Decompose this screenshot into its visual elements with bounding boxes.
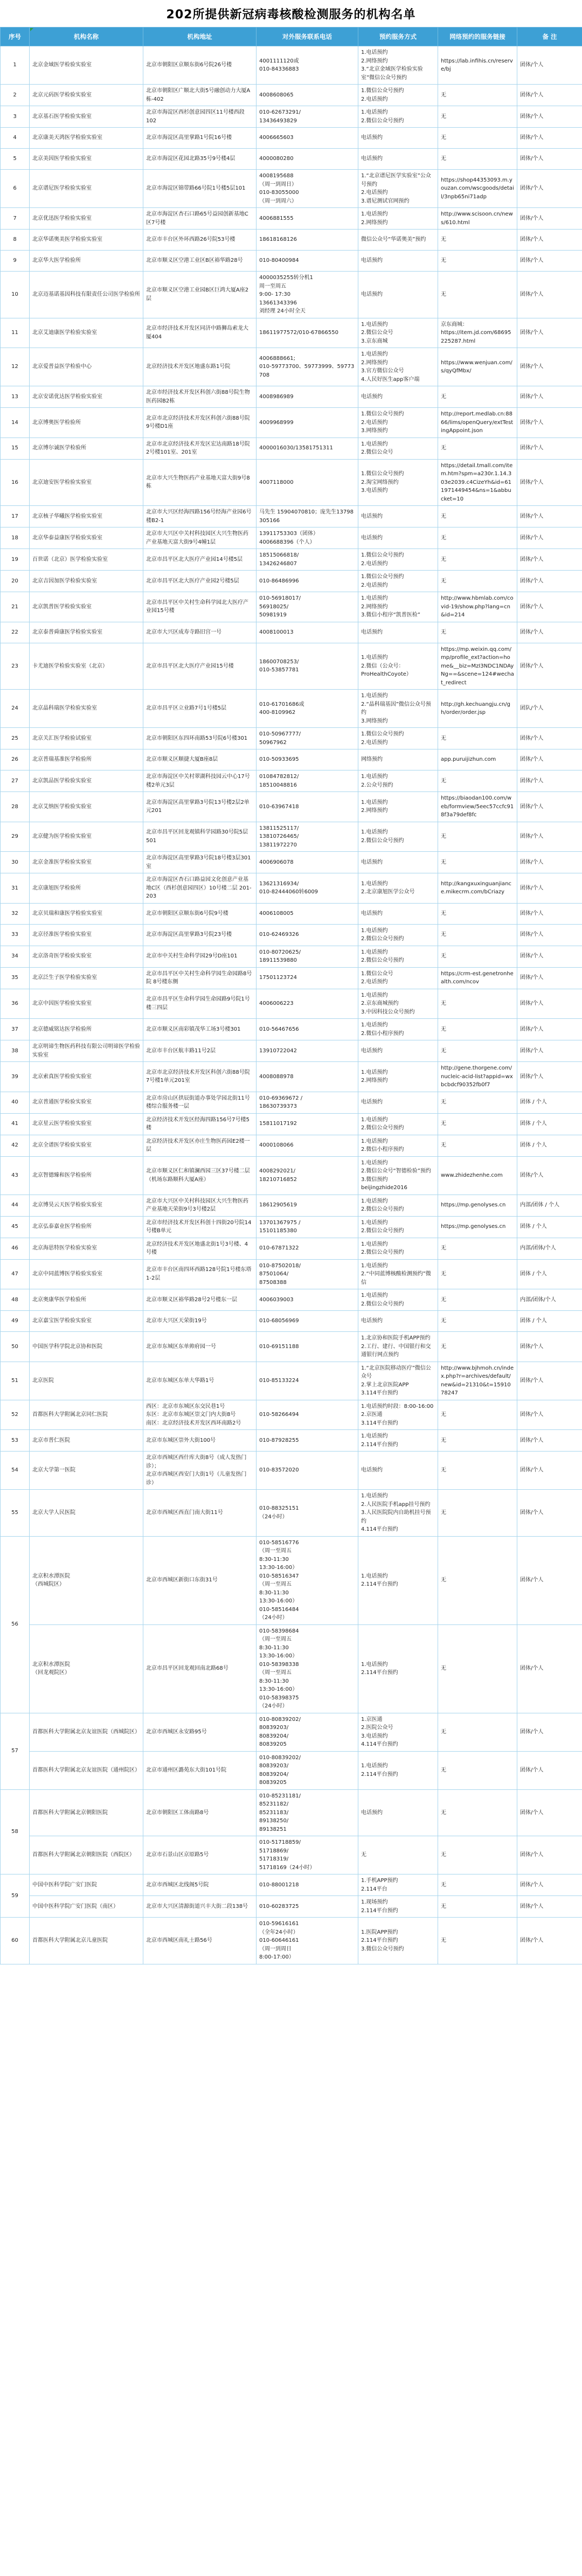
cell-no: 49 [1,1311,30,1332]
cell-link: 无 [438,822,517,852]
table-row: 中国中医科学院广安门医院（南区）北京市大兴区清源街道兴丰大街二段138号010-… [1,1896,582,1918]
cell-link: 无 [438,149,517,170]
cell-no: 38 [1,1040,30,1062]
cell-phone: 4009968999 [257,408,358,438]
cell-no: 44 [1,1195,30,1216]
table-row: 43北京智德臻和医学检验所北京市顺义区仁和镇澜西园三区37号楼二层（机场东路顺科… [1,1156,582,1195]
cell-phone: 13911753303（团体） 4006688396（个人） [257,527,358,549]
cell-name: 北京迈基诺基因科技有限责任公司医学检验所 [30,272,143,318]
cell-note: 内部/团体/个人 [517,1289,582,1311]
table-row: 42北京全谱医学检验实验室北京经济技术开发区亦庄生物医药园E2楼一层400010… [1,1135,582,1156]
cell-addr: 北京市顺义区空港工业区B区裕华路28号 [143,251,257,272]
cell-phone: 010-86486996 [257,571,358,592]
cell-no: 53 [1,1430,30,1452]
cell-no: 22 [1,622,30,643]
cell-note: 团体/个人 [517,924,582,946]
cell-note: 团体/个人 [517,1536,582,1624]
table-body: 1北京金域医学检验实验室北京市朝阳区京顺东街6号院26号楼4001111120或… [1,46,582,1964]
cell-addr: 北京市西城区西直门南大街11号 [143,1490,257,1537]
cell-name: 北京海思特医学检验实验室 [30,1238,143,1259]
cell-addr: 北京市海淀区高里掌路3号院13号楼2层2单元201 [143,792,257,822]
cell-link: 无 [438,230,517,251]
table-row: 28北京艾纳医学检验实验室北京市海淀区高里掌路3号院13号楼2层2单元20101… [1,792,582,822]
cell-phone: 010-67871322 [257,1238,358,1259]
cell-note: 团体/个人 [517,903,582,924]
cell-note: 团体/个人 [517,1789,582,1836]
cell-book: 1.医院APP预约 2.114平台预约 3.微信公众号预约 [358,1918,438,1964]
cell-note: 团体/个人 [517,967,582,989]
cell-addr: 北京市西城区永安路95号 [143,1713,257,1751]
cell-no: 13 [1,386,30,408]
cell-no: 17 [1,506,30,527]
cell-name: 北京金准医学检验实验室 [30,852,143,873]
cell-name: 首都医科大学附属北京朝阳医院（西院区） [30,1836,143,1874]
cell-book: 电话预约 [358,272,438,318]
cell-name: 北京中同蓝博医学检验实验室 [30,1259,143,1289]
table-row: 41北京星云医学检验实验室北京经济技术开发区经海四路156号7号楼5楼15811… [1,1113,582,1135]
cell-link: 无 [438,946,517,967]
cell-link: 无 [438,1135,517,1156]
cell-link: 京东商城： https://item.jd.com/68695225287.ht… [438,318,517,348]
cell-phone: 4008088978 [257,1062,358,1092]
table-row: 48北京奥康华医学检验所北京市顺义区裕华路28号2号楼东一层4006039003… [1,1289,582,1311]
cell-link: 无 [438,571,517,592]
cell-no: 10 [1,272,30,318]
cell-book: 1.北京协和医院手机APP预约 2.工行、建行、中国银行和交通银行网点预约 [358,1332,438,1362]
cell-no: 3 [1,106,30,128]
table-row: 30北京金准医学检验实验室北京市海淀区高里掌路3号院18号楼3层301室4006… [1,852,582,873]
cell-phone: 13701367975 / 15101185380 [257,1216,358,1238]
cell-name: 北京康旭医学检验所 [30,873,143,904]
cell-note: 团体/个人 [517,506,582,527]
cell-name: 北京优迅医学检验实验室 [30,208,143,230]
cell-phone: 010-58398684 （周一至周五 8:30-11:30 13:30-16:… [257,1624,358,1713]
cell-book: 1.电话预约 2.114平台预约 [358,1624,438,1713]
table-row: 24北京晶科瑞医学检验实验室北京市昌平区立业路7号1号楼5层010-617016… [1,690,582,728]
table-row: 57首都医科大学附属北京友谊医院（西城院区）北京市西城区永安路95号010-80… [1,1713,582,1751]
cell-note: 团体/个人 [517,438,582,459]
cell-book: 无 [358,1836,438,1874]
cell-link: 无 [438,128,517,149]
cell-no: 23 [1,643,30,690]
cell-book: 1.电话预约 2.微信公众号预约 [358,1216,438,1238]
cell-note: 团体/个人 [517,1362,582,1400]
cell-book: 电话预约 [358,852,438,873]
cell-note: 团体 / 个人 [517,1092,582,1113]
cell-addr: 北京市顺义区仁和镇澜西园三区37号楼二层（机场东路顺科大厦A座） [143,1156,257,1195]
cell-link: 无 [438,1624,517,1713]
cell-book: 电话预约 [358,251,438,272]
cell-addr: 北京市北京经济技术开发区科创六街88号院7号楼1单元201室 [143,1062,257,1092]
cell-book: 1.电话预约 2.微信公众号“智德检验”预约 3.微信预约 beijingzhi… [358,1156,438,1195]
cell-book: 1.电话预约 2.微信公众号预约 [358,1238,438,1259]
cell-name: 北京晶科瑞医学检验实验室 [30,690,143,728]
cell-link: 无 [438,989,517,1019]
cell-no: 25 [1,728,30,749]
column-header-5: 网络预约的服务链接 [438,27,517,46]
cell-note: 团体/个人 [517,1062,582,1092]
cell-book: 1.微信公众号预约 2.电话预约 3.网络预约 [358,408,438,438]
cell-phone: 010-80839202/ 80839203/ 80839204/ 808392… [257,1713,358,1751]
cell-phone: 010-56918017/ 56918025/ 50981919 [257,592,358,622]
cell-phone: 010-85231181/ 85231182/ 85231183/ 891382… [257,1789,358,1836]
cell-addr: 北京市西城区南礼士路56号 [143,1918,257,1964]
cell-phone: 13910722042 [257,1040,358,1062]
cell-phone: 4006039003 [257,1289,358,1311]
cell-book: 1.电话预约 2.微信公众号 [358,438,438,459]
cell-book: 电话预约 [358,149,438,170]
table-row: 22北京泰普舜康医学检验实验室北京市大兴区成寿寺路旧宫一号4008100013电… [1,622,582,643]
cell-note: 内部/团体 / 个人 [517,1195,582,1216]
table-row: 39北京索真医学检验实验室北京市北京经济技术开发区科创六街88号院7号楼1单元2… [1,1062,582,1092]
cell-name: 北京智德臻和医学检验所 [30,1156,143,1195]
cell-phone: 010-50933695 [257,749,358,770]
cell-name: 北京关汇医学检验试验室 [30,728,143,749]
cell-addr: 北京市大兴区中关村科技园区大兴生物医药产业基地天荣街9号3号楼2层 [143,1195,257,1216]
cell-name: 北京全谱医学检验实验室 [30,1135,143,1156]
cell-phone: 4000016030/13581751311 [257,438,358,459]
cell-addr: 北京市经济技术开发区科创六街88号院生物医药园B2栋 [143,386,257,408]
cell-name: 北京元码医学检验实验室 [30,85,143,106]
cell-name: 北京安诺优达医学检验实验室 [30,386,143,408]
cell-name: 北京泰普舜康医学检验实验室 [30,622,143,643]
table-row: 58首都医科大学附属北京朝阳医院北京市朝阳区工体南路8号010-85231181… [1,1789,582,1836]
cell-book: 电话预约 [358,506,438,527]
cell-name: 首都医科大学附属北京友谊医院（西城院区） [30,1713,143,1751]
cell-note: 团体/个人 [517,272,582,318]
cell-link: 无 [438,770,517,792]
cell-note: 团体/个人 [517,230,582,251]
cell-book: 电话预约 [358,622,438,643]
cell-name: 北京大学第一医院 [30,1452,143,1490]
cell-note: 团体 / 个人 [517,1216,582,1238]
cell-addr: 北京市通州区潞苑东大街101号院 [143,1751,257,1789]
table-row: 20北京吉因加医学检验实验室北京市昌平区北大医疗产业园2号楼5层010-8648… [1,571,582,592]
cell-note: 团体/个人 [517,1918,582,1964]
cell-phone: 15811017192 [257,1113,358,1135]
cell-link: http://www.hbmlab.com/covid-19/show.php?… [438,592,517,622]
cell-no: 36 [1,989,30,1019]
cell-link: 无 [438,272,517,318]
cell-link: 无 [438,1874,517,1896]
cell-addr: 北京市西城区新街口东街31号 [143,1536,257,1624]
cell-note: 团体/个人 [517,989,582,1019]
table-row: 31北京康旭医学检验所北京市海淀区杏石口路益园文化创意产业基地C区（西杉创意园四… [1,873,582,904]
cell-no: 32 [1,903,30,924]
cell-name: 北京博奥医学检验所 [30,408,143,438]
cell-name: 首都医科大学附属北京儿童医院 [30,1918,143,1964]
cell-phone: 010-85133224 [257,1362,358,1400]
cell-no: 18 [1,527,30,549]
cell-name: 北京迪安医学检验实验室 [30,459,143,506]
cell-addr: 北京市海淀区锦带路66号院1号楼5层101 [143,170,257,208]
cell-book: 1.电话预约 2.微信公众号预约 [358,1113,438,1135]
cell-addr: 北京市朝阳区京顺东街6号院9号楼 [143,903,257,924]
cell-addr: 北京市海淀区杏石口路益园文化创意产业基地C区（西杉创意园四区）10号楼二层 20… [143,873,257,904]
cell-book: 电话预约 [358,386,438,408]
cell-book: 1.电话预约 2.网络预约 3.“北京金域医学检验实验室”微信公众号预约 [358,46,438,85]
cell-link: https://biaodan100.com/web/formview/5eec… [438,792,517,822]
cell-note: 团体/个人 [517,170,582,208]
cell-link: 无 [438,1019,517,1040]
cell-no: 11 [1,318,30,348]
cell-name: 北京艾纳医学检验实验室 [30,792,143,822]
cell-phone: 17501123724 [257,967,358,989]
cell-addr: 北京市昌平区回龙观回南北路68号 [143,1624,257,1713]
cell-addr: 北京市西城区西什库大街8号（成人发热门诊）； 北京市西城区西安门大街1号（儿童发… [143,1452,257,1490]
cell-phone: 010-87928255 [257,1430,358,1452]
cell-link: 无 [438,506,517,527]
cell-phone: 4006906078 [257,852,358,873]
cell-link: http://gh.kechuangju.cn/gh/order/order.j… [438,690,517,728]
cell-book: 1.电话预约 2.微信公众号 3.京东商城 [358,318,438,348]
cell-link: 无 [438,1452,517,1490]
cell-link: https://mp.genolyses.cn [438,1216,517,1238]
cell-addr: 北京市顺义区空港工业园B区巨鸿大厦A座2层 [143,272,257,318]
cell-link: 无 [438,1836,517,1874]
cell-name: 中国中医科学院广安门医院（南区） [30,1896,143,1918]
cell-no: 26 [1,749,30,770]
cell-no: 24 [1,690,30,728]
cell-name: 中国中医科学院广安门医院 [30,1874,143,1896]
table-row: 21北京凯普医学检验实验室北京市昌平区中关村生命科学园北大医疗产业园15号楼01… [1,592,582,622]
cell-no: 21 [1,592,30,622]
cell-note: 团体/个人 [517,1400,582,1430]
cell-phone: 010-50967777/ 50967962 [257,728,358,749]
cell-addr: 北京市昌平区北大医疗产业园2号楼5层 [143,571,257,592]
cell-link: https://detail.tmall.com/item.htm?spm=a2… [438,459,517,506]
cell-link: 无 [438,1536,517,1624]
cell-addr: 北京市丰台区外环西路26号院53号楼 [143,230,257,251]
cell-book: 1.电话预约 2.微信公众号预约 [358,1289,438,1311]
table-row: 3北京基石医学检验实验室北京市海淀区西杉创意园四区11号楼西段102010-62… [1,106,582,128]
cell-phone: 18515066818/ 13426246807 [257,549,358,571]
cell-note: 团队/个人 [517,690,582,728]
cell-phone: 01084782812/ 18510048816 [257,770,358,792]
cell-no: 55 [1,1490,30,1537]
cell-no: 30 [1,852,30,873]
cell-note: 团体/个人 [517,1624,582,1713]
cell-no: 59 [1,1874,30,1918]
cell-book: 1.电话预约 2.微信小程序预约 [358,1135,438,1156]
table-row: 51北京医院北京市东城区东单大华路1号010-851332241.“北京医院移动… [1,1362,582,1400]
cell-book: 1.电话预约 2.“中同蓝博核酸检测预约”微信 [358,1259,438,1289]
cell-name: 北京凯普医学检验实验室 [30,592,143,622]
cell-name: 北京博尔诚医学检验所 [30,438,143,459]
cell-addr: 北京市顺义区顺捷大厦B座8层 [143,749,257,770]
cell-name: 北京康美天鸿医学检验实验室 [30,128,143,149]
cell-book: 1.电话预约 2.114平台预约 [358,1751,438,1789]
cell-no: 51 [1,1362,30,1400]
cell-book: 1.现场预约 2.114平台预约 [358,1896,438,1918]
cell-link: 无 [438,438,517,459]
cell-name: 北京博昊云天医学检验实验室 [30,1195,143,1216]
cell-book: 1.电话预约 2.114平台预约 [358,1430,438,1452]
cell-phone: 010-60283725 [257,1896,358,1918]
cell-book: 1.微信公众号预约 2.电话预约 [358,549,438,571]
table-row: 59中国中医科学院广安门医院北京市西城区北线阁5号院010-880012181.… [1,1874,582,1896]
cell-note: 团体/个人 [517,318,582,348]
cell-link: 无 [438,1789,517,1836]
table-row: 16北京迪安医学检验实验室北京市大兴生物医药产业基地天富大街9号8栋400711… [1,459,582,506]
cell-link: https://crm-est.genetronhealth.com/ncov [438,967,517,989]
cell-addr: 北京市经济技术开发区同济中路狮岛索龙大厦404 [143,318,257,348]
table-row: 7北京优迅医学检验实验室北京市海淀区杏石口路65号益园创新基地C区7号楼4006… [1,208,582,230]
table-row: 27北京凯品医学检验实验室北京市海淀区中关村翠湖科技园云中心17号楼2单元3层0… [1,770,582,792]
cell-name: 北京美因医学检验实验室 [30,149,143,170]
cell-addr: 北京市大兴区经海四路156号经海产业园6号楼B2-1 [143,506,257,527]
table-row: 2北京元码医学检验实验室北京市朝阳区广顺北大街5号融创动力大厦A栋-402400… [1,85,582,106]
table-row: 15北京博尔诚医学检验所北京市北京经济技术开发区宏达南路18号院2号楼101室、… [1,438,582,459]
cell-note: 团体/个人 [517,946,582,967]
cell-no: 47 [1,1259,30,1289]
cell-no: 60 [1,1918,30,1964]
cell-no: 52 [1,1400,30,1430]
cell-addr: 北京市朝阳区广顺北大街5号融创动力大厦A栋-402 [143,85,257,106]
cell-addr: 北京市丰台区南四环西路128号院1号楼东塔1-2层 [143,1259,257,1289]
cell-book: 1.电话预约 2.微信公众号预约 [358,1195,438,1216]
cell-book: 1.电话预约 2.微信公众号预约 [358,822,438,852]
table-row: 54北京大学第一医院北京市西城区西什库大街8号（成人发热门诊）； 北京市西城区西… [1,1452,582,1490]
cell-no: 43 [1,1156,30,1195]
cell-link: 无 [438,1400,517,1430]
cell-phone: 010-58516776 （周一至周五 8:30-11:30 13:30-16:… [257,1536,358,1624]
cell-name: 北京爱普益医学检验中心 [30,348,143,386]
cell-phone: 18611977572/010-67866550 [257,318,358,348]
cell-link: 无 [438,527,517,549]
cell-addr: 北京市昌平区中关村生命科学园生命园路8号院 8号楼东侧 [143,967,257,989]
cell-addr: 北京市大兴区天荣街19号 [143,1311,257,1332]
cell-name: 北京星云医学检验实验室 [30,1113,143,1135]
cell-phone: 4006665603 [257,128,358,149]
table-row: 34北京洛奇医学检验实验室北京市中关村生命科学园29号D座101010-8072… [1,946,582,967]
cell-addr: 北京市大兴区清源街道兴丰大街二段138号 [143,1896,257,1918]
cell-note: 团体/个人 [517,1156,582,1195]
cell-book: 微信公众号“华诺奥美”预约 [358,230,438,251]
cell-link: 无 [438,924,517,946]
cell-name: 首都医科大学附属北京友谊医院（通州院区） [30,1751,143,1789]
cell-addr: 北京市东城区崇外大街100号 [143,1430,257,1452]
cell-addr: 北京市海淀区花园北路35号9号楼4层 [143,149,257,170]
cell-phone: 4006006223 [257,989,358,1019]
cell-addr: 北京市顺义区裕华路28号2号楼东一层 [143,1289,257,1311]
cell-link: 无 [438,1311,517,1332]
cell-note: 团体/个人 [517,643,582,690]
cell-no: 42 [1,1135,30,1156]
cell-link: 无 [438,1751,517,1789]
table-row: 56北京积水潭医院 （西城院区）北京市西城区新街口东街31号010-585167… [1,1536,582,1624]
cell-note: 团体/个人 [517,792,582,822]
cell-name: 北京洛奇医学检验实验室 [30,946,143,967]
cell-book: 1.京医通 2.医院公众号 3.电话预约 4.114平台预约 [358,1713,438,1751]
table-row: 17北京核子华曦医学检验实验室北京市大兴区经海四路156号经海产业园6号楼B2-… [1,506,582,527]
cell-book: 1.“北京医院移动医疗”微信公众号 2.掌上北京医院APP 3.114平台预约 [358,1362,438,1400]
cell-link: http://www.scisoon.cn/news/610.html [438,208,517,230]
cell-name: 北京嘉宝医学检验实验室 [30,1311,143,1332]
cell-name: 北京积水潭医院 （回龙观院区） [30,1624,143,1713]
cell-addr: 北京市昌平区立业路7号1号楼5层 [143,690,257,728]
cell-name: 北京明谛生物医药科技有限公司明谛医学检验实验室 [30,1040,143,1062]
cell-phone: 4000035255转分机1 周一至周五 9:00- 17:30 1366134… [257,272,358,318]
cell-addr: 北京市海淀区中关村翠湖科技园云中心17号楼2单元3层 [143,770,257,792]
cell-addr: 北京市东城区东单帅府园一号 [143,1332,257,1362]
cell-name: 北京市普仁医院 [30,1430,143,1452]
cell-addr: 北京市西城区北线阁5号院 [143,1874,257,1896]
column-header-1: 机构名称 [30,27,143,46]
cell-book: 1.电话预约 2.微信（公众号：ProHealthCoyote） [358,643,438,690]
cell-no: 34 [1,946,30,967]
cell-phone: 马先生 15904070810；庞先生13798305166 [257,506,358,527]
table-row: 36北京中因医学检验实验室北京市昌平区生命科学园生命园路9号院1号楼三四层400… [1,989,582,1019]
cell-addr: 北京市海淀区高里掌路3号院23号楼 [143,924,257,946]
cell-book: 1.电话预约 2.公众号预约 [358,770,438,792]
cell-no: 27 [1,770,30,792]
table-row: 32北京贝瑞和康医学检验实验室北京市朝阳区京顺东街6号院9号楼400610800… [1,903,582,924]
table-row: 45北京弘泰嘉业医学检验所北京市经济技术开发区科创十四街20号院14号楼B单元1… [1,1216,582,1238]
cell-no: 9 [1,251,30,272]
cell-addr: 北京市昌平区生命科学园生命园路9号院1号楼三四层 [143,989,257,1019]
cell-link: 无 [438,903,517,924]
cell-phone: 4006108005 [257,903,358,924]
cell-note: 团体/个人 [517,852,582,873]
cell-addr: 北京市石景山区京原路5号 [143,1836,257,1874]
cell-phone: 13621316934/ 010-82444060转6009 [257,873,358,904]
table-row: 北京积水潭医院 （回龙观院区）北京市昌平区回龙观回南北路68号010-58398… [1,1624,582,1713]
cell-name: 北京索真医学检验实验室 [30,1062,143,1092]
cell-book: 1.手机APP预约 2.114平台 [358,1874,438,1896]
table-row: 38北京明谛生物医药科技有限公司明谛医学检验实验室北京市丰台区航丰路11号2层1… [1,1040,582,1062]
cell-addr: 北京市大兴区中关村科技园区大兴生物医药产业基地天富大街9号4幢1层 [143,527,257,549]
cell-name: 北京大学人民医院 [30,1490,143,1537]
cell-name: 北京医院 [30,1362,143,1400]
cell-name: 北京径准医学检验实验室 [30,924,143,946]
cell-no: 54 [1,1452,30,1490]
cell-name: 北京贝瑞和康医学检验实验室 [30,903,143,924]
cell-phone: 18600708253/ 010-53857781 [257,643,358,690]
cell-no: 39 [1,1062,30,1092]
cell-name: 北京艾迪康医学检验实验室 [30,318,143,348]
cell-book: 电话预约 [358,1452,438,1490]
cell-addr: 北京市朝阳区京顺东街6号院26号楼 [143,46,257,85]
cell-no: 35 [1,967,30,989]
cell-no: 1 [1,46,30,85]
cell-note: 团体/个人 [517,1332,582,1362]
cell-name: 北京中因医学检验实验室 [30,989,143,1019]
cell-note: 团体 / 个人 [517,1113,582,1135]
cell-link: www.zhidezhenhe.com [438,1156,517,1195]
cell-addr: 北京市海淀区杏石口路65号益园创新基地C区7号楼 [143,208,257,230]
cell-name: 北京华泰益康医学检验实验室 [30,527,143,549]
table-row: 53北京市普仁医院北京市东城区崇外大街100号010-879282551.电话预… [1,1430,582,1452]
cell-link: https://www.wenjuan.com/s/qyQfMbx/ [438,348,517,386]
table-row: 46北京海思特医学检验实验室北京经济技术开发区地盛北街1号3号楼、4号楼010-… [1,1238,582,1259]
cell-name: 北京泛生子医学检验实验室 [30,967,143,989]
cell-link: http://report.medlab.cn:8866/lims/openQu… [438,408,517,438]
cell-link: 无 [438,549,517,571]
cell-phone: 010-87502018/ 87501064/ 87508388 [257,1259,358,1289]
cell-phone: 010-51718859/ 51718869/ 51718319/ 517181… [257,1836,358,1874]
cell-phone: 4006888661; 010-59773700、59773999、597737… [257,348,358,386]
cell-no: 7 [1,208,30,230]
cell-phone: 010-56467656 [257,1019,358,1040]
cell-book: 1.电话预约 2.网络预约 [358,208,438,230]
cell-phone: 010-80720625/ 18911539880 [257,946,358,967]
cell-phone: 010-68056969 [257,1311,358,1332]
table-row: 52首都医科大学附属北京同仁医院西区：北京市东城区东交民巷1号 东区：北京市东城… [1,1400,582,1430]
cell-link: 无 [438,728,517,749]
cell-link: 无 [438,1490,517,1537]
cell-phone: 4008195688 （周一到周日） 010-83055000 （周一到周六） [257,170,358,208]
